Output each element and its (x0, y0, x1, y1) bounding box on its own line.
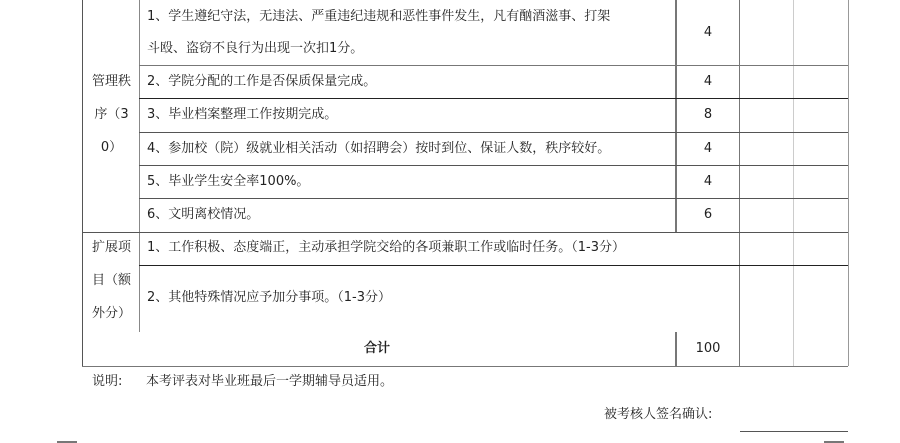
item-description: 4、参加校（院）级就业相关活动（如招聘会）按时到位、保证人数，秩序较好。 (147, 141, 610, 157)
item-description: 2、学院分配的工作是否保质保量完成。 (147, 74, 376, 90)
row-line-1 (139, 65, 848, 66)
row-line-5 (139, 198, 848, 199)
row-line-7 (139, 265, 848, 266)
item-description: 5、毕业学生安全率100%。 (147, 174, 309, 190)
category-label-line: 管理秩 (83, 74, 140, 90)
total-label: 合计 (364, 341, 390, 357)
item-description: 2、其他特殊情况应予加分事项。（1-3分） (147, 290, 391, 306)
signature-line (740, 431, 848, 432)
item-score: 4 (676, 141, 740, 157)
item-description: 1、工作积极、态度端正，主动承担学院交给的各项兼职工作或临时任务。（1-3分） (147, 240, 625, 256)
item-score: 4 (676, 174, 740, 190)
row-line-4 (139, 165, 848, 166)
category-label-line: 序（3 (83, 107, 140, 123)
table-right-border (848, 0, 849, 366)
notes-label: 说明: (92, 374, 122, 390)
item-score: 4 (676, 74, 740, 90)
item-score: 4 (676, 25, 740, 41)
item-description: 1、学生遵纪守法，无违法、严重违纪违规和恶性事件发生，凡有酗酒滋事、打架 (147, 9, 610, 25)
category-label-line: 扩展项 (83, 240, 140, 256)
item-score: 6 (676, 207, 740, 223)
table-bottom-border (82, 366, 848, 367)
category-label-line: 目（额 (83, 273, 140, 289)
signature-label: 被考核人签名确认: (604, 407, 712, 423)
row-line-2 (139, 98, 848, 99)
item-description: 3、毕业档案整理工作按期完成。 (147, 107, 337, 123)
notes-text: 本考评表对毕业班最后一学期辅导员适用。 (146, 374, 393, 390)
category-label-line: 0） (83, 140, 140, 156)
row-line-3 (139, 132, 848, 133)
category-label-line: 外分） (83, 306, 140, 322)
remark-divider (793, 0, 794, 366)
item-description: 斗殴、盗窃不良行为出现一次扣1分。 (147, 41, 363, 57)
group-line (82, 232, 848, 233)
total-score: 100 (676, 341, 740, 357)
item-description: 6、文明离校情况。 (147, 207, 259, 223)
item-score: 8 (676, 107, 740, 123)
